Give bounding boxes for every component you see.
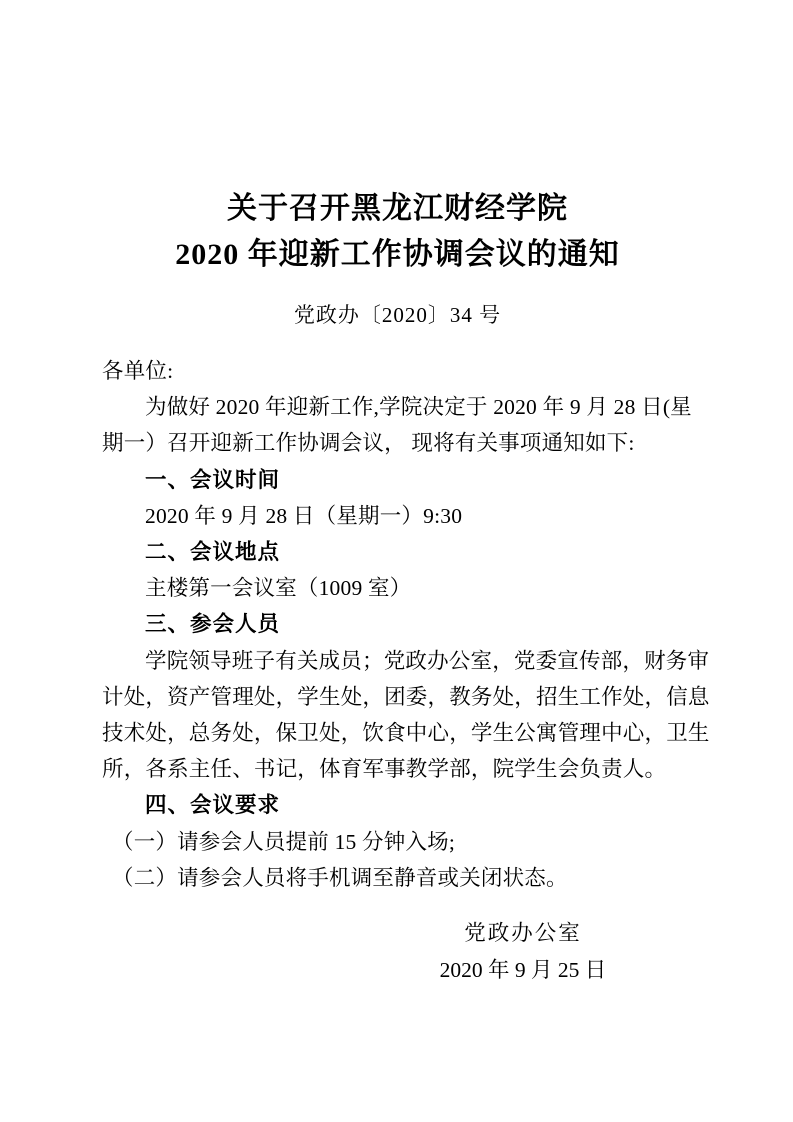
body-line: 学院领导班子有关成员；党政办公室，党委宣传部，财务审 [102, 643, 693, 679]
signature-office: 党政办公室 [353, 915, 693, 952]
signature-date: 2020 年 9 月 25 日 [353, 952, 693, 989]
title-line-2: 2020 年迎新工作协调会议的通知 [102, 232, 693, 278]
document-content: 关于召开黑龙江财经学院 2020 年迎新工作协调会议的通知 党政办〔2020〕3… [0, 0, 793, 989]
document-title: 关于召开黑龙江财经学院 2020 年迎新工作协调会议的通知 [102, 186, 693, 278]
title-line-1: 关于召开黑龙江财经学院 [102, 186, 693, 232]
body-line: （二）请参会人员将手机调至静音或关闭状态。 [102, 860, 693, 896]
body-line: 所，各系主任、书记，体育军事教学部，院学生会负责人。 [102, 751, 693, 787]
body-line: （一）请参会人员提前 15 分钟入场; [102, 824, 693, 860]
body-line: 技术处，总务处，保卫处，饮食中心，学生公寓管理中心，卫生 [102, 715, 693, 751]
body-line: 为做好 2020 年迎新工作,学院决定于 2020 年 9 月 28 日(星 [102, 389, 693, 425]
body-line: 2020 年 9 月 28 日（星期一）9:30 [102, 498, 693, 534]
salutation-line: 各单位: [102, 353, 693, 389]
section-heading-2: 二、会议地点 [102, 534, 693, 570]
section-heading-4: 四、会议要求 [102, 787, 693, 823]
section-heading-1: 一、会议时间 [102, 462, 693, 498]
body-line: 期一）召开迎新工作协调会议， 现将有关事项通知如下: [102, 425, 693, 461]
document-page: 关于召开黑龙江财经学院 2020 年迎新工作协调会议的通知 党政办〔2020〕3… [0, 0, 793, 1122]
section-heading-3: 三、参会人员 [102, 606, 693, 642]
signature-block: 党政办公室 2020 年 9 月 25 日 [353, 915, 693, 989]
document-number: 党政办〔2020〕34 号 [102, 297, 693, 333]
body-line: 计处，资产管理处，学生处，团委，教务处，招生工作处，信息 [102, 679, 693, 715]
document-body: 各单位: 为做好 2020 年迎新工作,学院决定于 2020 年 9 月 28 … [102, 353, 693, 896]
body-line: 主楼第一会议室（1009 室） [102, 570, 693, 606]
